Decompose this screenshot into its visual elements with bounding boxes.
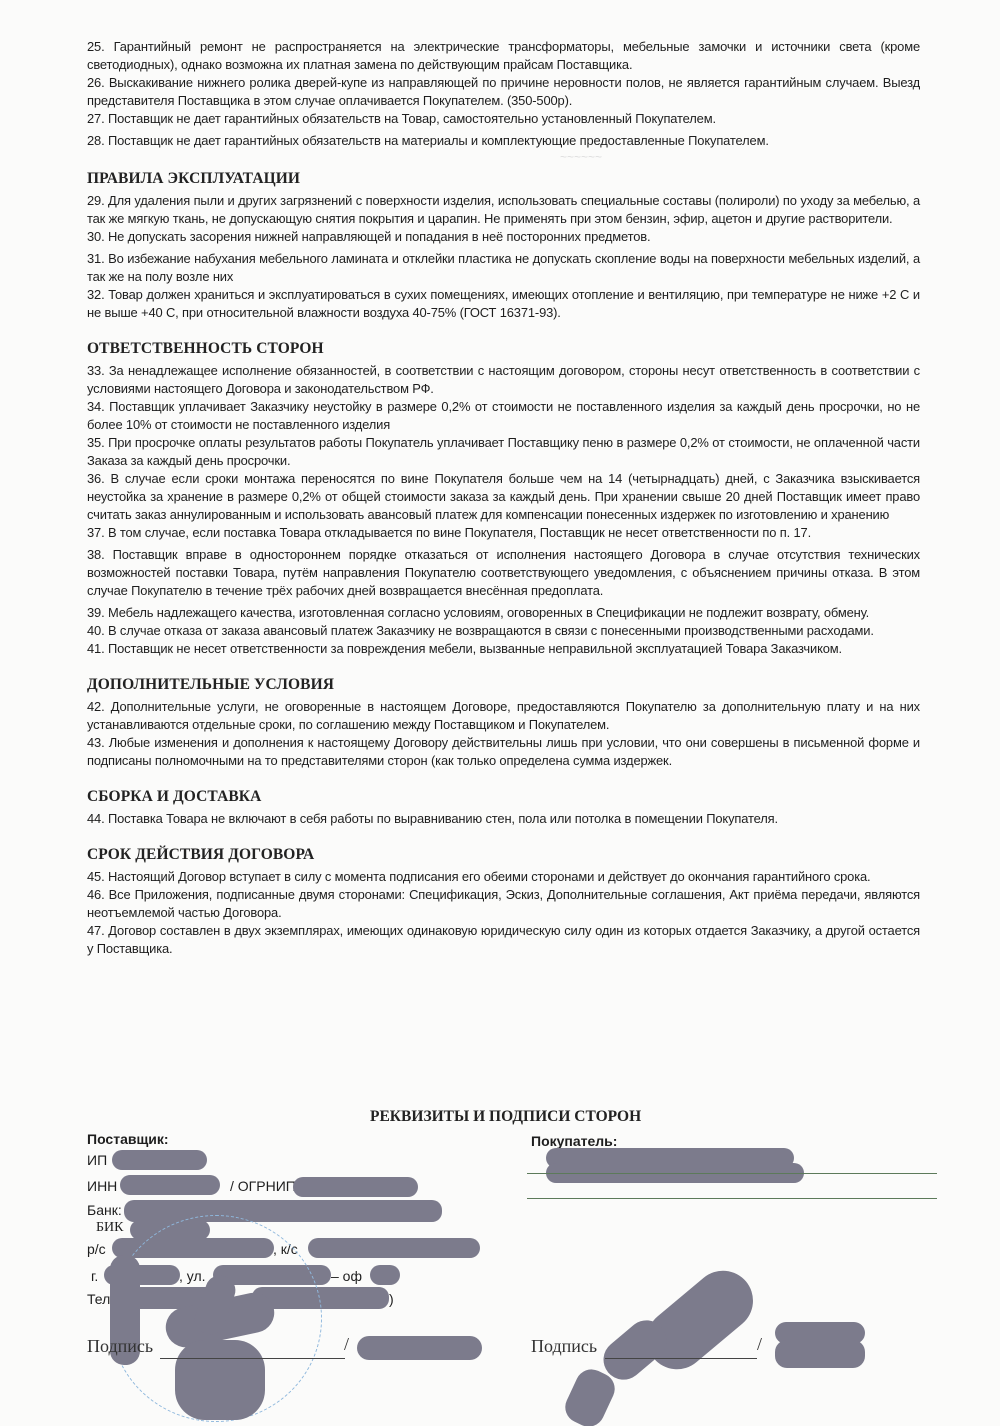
contract-clause: 33. За ненадлежащее исполнение обязаннос… <box>87 362 920 398</box>
redaction-buyer-signer-2 <box>775 1340 865 1368</box>
redaction-signature-stroke <box>635 1258 765 1381</box>
redaction-ogrnip <box>293 1177 418 1197</box>
section-heading: ПРАВИЛА ЭКСПЛУАТАЦИИ <box>87 170 937 188</box>
phone-close: ) <box>389 1291 394 1307</box>
buyer-line-1 <box>527 1173 937 1174</box>
redaction-signature-stroke <box>175 1340 265 1420</box>
contract-clause: 36. В случае если сроки монтажа перенося… <box>87 470 920 524</box>
contract-clause: 44. Поставка Товара не включают в себя р… <box>87 810 920 828</box>
supplier-signature-line <box>160 1358 345 1359</box>
contract-clause: 47. Договор составлен в двух экземплярах… <box>87 922 920 958</box>
redaction-bank <box>124 1200 442 1222</box>
redaction-supplier-name <box>357 1336 482 1360</box>
contract-clause: 32. Товар должен храниться и эксплуатиро… <box>87 286 920 322</box>
contract-clause: 43. Любые изменения и дополнения к насто… <box>87 734 920 770</box>
redaction-ks <box>308 1238 480 1258</box>
redaction-inn <box>120 1175 220 1195</box>
redaction-office <box>370 1265 400 1285</box>
rs-label: р/с <box>87 1241 106 1257</box>
supplier-slash: / <box>344 1334 349 1355</box>
city-label: г. <box>91 1268 98 1284</box>
contract-clause: 42. Дополнительные услуги, не оговоренны… <box>87 698 920 734</box>
phone-label: Тел <box>87 1291 110 1307</box>
inn-label: ИНН <box>87 1178 117 1194</box>
buyer-label: Покупатель: <box>531 1133 617 1149</box>
contract-clause: 30. Не допускать засорения нижней направ… <box>87 228 920 246</box>
contract-clause: 46. Все Приложения, подписанные двумя ст… <box>87 886 920 922</box>
section-heading: СРОК ДЕЙСТВИЯ ДОГОВОРА <box>87 846 937 864</box>
buyer-slash: / <box>757 1334 762 1355</box>
ip-label: ИП <box>87 1152 107 1168</box>
section-heading: СБОРКА И ДОСТАВКА <box>87 788 937 806</box>
contract-clause: 37. В том случае, если поставка Товара о… <box>87 524 920 542</box>
requisites-title: РЕКВИЗИТЫ И ПОДПИСИ СТОРОН <box>370 1108 641 1126</box>
bank-label: Банк: <box>87 1202 122 1218</box>
contract-body: 25. Гарантийный ремонт не распространяет… <box>87 38 937 958</box>
section-heading: ОТВЕТСТВЕННОСТЬ СТОРОН <box>87 340 937 358</box>
ogrnip-label: / ОГРНИП <box>230 1178 296 1194</box>
contract-clause: 39. Мебель надлежащего качества, изготов… <box>87 604 920 622</box>
buyer-signature-line <box>605 1358 757 1359</box>
contract-clause: 41. Поставщик не несет ответственности з… <box>87 640 920 658</box>
contract-clause: 34. Поставщик уплачивает Заказчику неуст… <box>87 398 920 434</box>
contract-clause: 38. Поставщик вправе в одностороннем пор… <box>87 546 920 600</box>
contract-clause: 25. Гарантийный ремонт не распространяет… <box>87 38 920 74</box>
office-label: – оф <box>331 1268 362 1284</box>
supplier-signature-label: Подпись <box>87 1336 153 1357</box>
contract-clause: 26. Выскакивание нижнего ролика дверей-к… <box>87 74 920 110</box>
contract-clause: 28. Поставщик не дает гарантийных обязат… <box>87 132 920 150</box>
contract-clause: 31. Во избежание набухания мебельного ла… <box>87 250 920 286</box>
contract-clause: 45. Настоящий Договор вступает в силу с … <box>87 868 920 886</box>
contract-clause: 29. Для удаления пыли и других загрязнен… <box>87 192 920 228</box>
buyer-line-2 <box>527 1198 937 1199</box>
contract-clause: 27. Поставщик не дает гарантийных обязат… <box>87 110 920 128</box>
section-heading: ДОПОЛНИТЕЛЬНЫЕ УСЛОВИЯ <box>87 676 937 694</box>
redaction-ip <box>112 1150 207 1170</box>
supplier-label: Поставщик: <box>87 1131 169 1147</box>
contract-page: ~~~~~~ 25. Гарантийный ремонт не распрос… <box>0 0 1000 1426</box>
bik-label: БИК <box>96 1220 124 1236</box>
contract-clause: 35. При просрочке оплаты результатов раб… <box>87 434 920 470</box>
contract-clause: 40. В случае отказа от заказа авансовый … <box>87 622 920 640</box>
buyer-signature-label: Подпись <box>531 1336 597 1357</box>
